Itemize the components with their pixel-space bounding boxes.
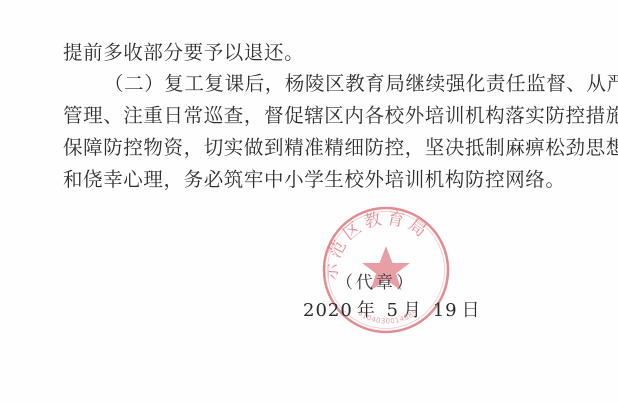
document-page: 提前多收部分要予以退还。 （二）复工复课后，杨陵区教育局继续强化责任监督、从严 … <box>0 0 618 403</box>
paragraph-2-line-4: 和侥幸心理，务必筑牢中小学生校外培训机构防控网络。 <box>63 168 566 192</box>
date-day: 19 <box>433 300 458 321</box>
paragraph-1-line-1: 提前多收部分要予以退还。 <box>63 41 304 65</box>
date-month: 5 <box>387 300 399 321</box>
document-date: 2020年 5月 19日 <box>303 296 485 322</box>
paragraph-2-line-1: （二）复工复课后，杨陵区教育局继续强化责任监督、从严 <box>104 72 618 96</box>
date-day-char: 日 <box>462 300 481 321</box>
date-year-char: 年 <box>357 300 376 321</box>
date-month-char: 月 <box>403 300 422 321</box>
date-year: 2020 <box>303 300 353 321</box>
paragraph-2-line-3: 保障防控物资，切实做到精准精细防控，坚决抵制麻痹松劲思想 <box>63 136 618 160</box>
paragraph-2-line-2: 管理、注重日常巡查，督促辖区内各校外培训机构落实防控措施， <box>63 104 618 128</box>
signature-label: （代章） <box>336 268 416 293</box>
